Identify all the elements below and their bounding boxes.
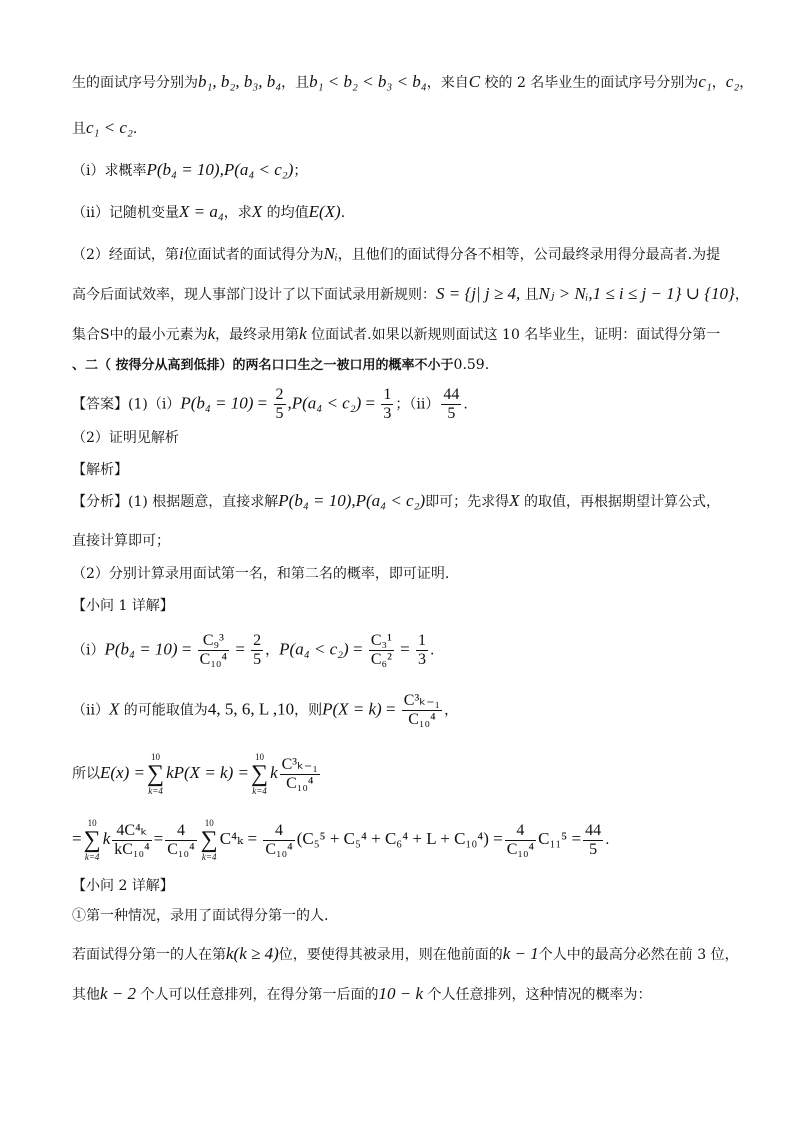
- summation: 10∑k=4: [201, 818, 218, 862]
- text-line: 【小问 2 详解】: [72, 876, 174, 896]
- text-line: 【小问 1 详解】: [72, 596, 174, 616]
- math: k − 2: [100, 984, 136, 1003]
- math: Nᵢ: [574, 284, 588, 303]
- text: 个人中的最高分必然在前 3 位，: [539, 947, 739, 963]
- math: c₁ < c₂: [86, 118, 133, 137]
- summation: 10∑k=4: [251, 752, 268, 796]
- text-line: 、二（ 按得分从高到低排）的两名口口生之一被口用的概率不小于0.59.: [72, 355, 489, 376]
- text: （ii）: [72, 703, 109, 719]
- math: P(X = k): [322, 700, 382, 719]
- text: 、二（ 按得分从高到低排）的两名口口生之一被口用的概率不小于: [72, 358, 454, 373]
- text-line: （i）求概率P(b₄ = 10),P(a₄ < c₂)；: [72, 160, 307, 181]
- text: ，且: [281, 75, 309, 91]
- fraction: 445: [583, 822, 603, 859]
- text: 个人可以任意排列，在得分第一后面的: [136, 987, 378, 1003]
- text-line: ①第一种情况，录用了面试得分第一的人.: [72, 906, 328, 926]
- text: 且: [524, 287, 538, 303]
- summation: 10∑k=4: [147, 752, 164, 796]
- math: E(X): [309, 202, 341, 221]
- text: 即可；先求得: [425, 494, 509, 510]
- text: 的取值，再根据期望计算公式，: [520, 494, 720, 510]
- text-line: 若面试得分第一的人在第k(k ≥ 4)位，要使得其被录用，则在他前面的k − 1…: [72, 944, 739, 965]
- section-label: 【小问 1 详解】: [72, 598, 174, 614]
- fraction: 4C₁₀⁴: [263, 822, 294, 859]
- math: 10 − k: [378, 984, 423, 1003]
- fraction: 13: [416, 632, 428, 669]
- math: P(b₄ = 10): [278, 491, 351, 510]
- text: 的可能取值为: [119, 703, 207, 719]
- text: （2）经面试，第: [72, 247, 179, 263]
- formula-line: （ii）X 的可能取值为4, 5, 6, L ,10，则P(X = k) = C…: [72, 692, 458, 729]
- math: b₁ < b₂ < b₃ < b₄: [309, 72, 427, 91]
- text-line: （2）分别计算录用面试第一名，和第二名的概率，即可证明.: [72, 564, 449, 584]
- math: P(a₄ < c₂): [224, 160, 294, 179]
- text-line: 【分析】(1) 根据题意，直接求解P(b₄ = 10),P(a₄ < c₂)即可…: [72, 491, 720, 512]
- math: X: [179, 202, 189, 221]
- fraction: 445: [441, 386, 461, 423]
- fraction: 25: [251, 632, 263, 669]
- text: ，来自: [427, 75, 469, 91]
- text: 其他: [72, 987, 100, 1003]
- section-label: 【解析】: [72, 462, 128, 478]
- text: ，求: [224, 205, 252, 221]
- math: b₁, b₂, b₃, b₄: [198, 72, 281, 91]
- text: 位面试者的面试得分为: [184, 247, 324, 263]
- text: （ii）记随机变量: [72, 205, 179, 221]
- section-label: 【小问 2 详解】: [72, 878, 174, 894]
- text: 且: [72, 121, 86, 137]
- text-line: 直接计算即可；: [72, 531, 170, 551]
- text: （2）分别计算录用面试第一名，和第二名的概率，即可证明.: [72, 566, 449, 582]
- text: 校的 2 名毕业生的面试序号分别为: [480, 75, 698, 91]
- text: 【分析】(1) 根据题意，直接求解: [72, 494, 278, 510]
- text: （2）证明见解析: [72, 430, 179, 446]
- text: ；（ii）: [395, 397, 439, 413]
- math: 4, 5, 6, L ,10: [208, 700, 294, 719]
- text: ①第一种情况，录用了面试得分第一的人.: [72, 908, 328, 924]
- math: P(a₄ < c₂): [279, 640, 349, 659]
- fraction: C₃¹C₆²: [369, 632, 394, 669]
- text: .: [341, 205, 345, 221]
- math: k(k ≥ 4): [226, 944, 279, 963]
- math: P(a₄ < c₂): [356, 491, 426, 510]
- math: E(x) =: [100, 763, 145, 782]
- math: k: [208, 324, 216, 343]
- text: ，则: [294, 703, 322, 719]
- formula-line: =10∑k=4k4C⁴ₖkC₁₀⁴=4C₁₀⁴10∑k=4C⁴ₖ = 4C₁₀⁴…: [72, 818, 610, 862]
- text-line: （2）经面试，第i位面试者的面试得分为Nᵢ，且他们的面试得分各不相等，公司最终录…: [72, 244, 720, 265]
- text-line: 集合S中的最小元素为k，最终录用第k 位面试者.如果以新规则面试这 10 名毕业…: [72, 324, 720, 345]
- text-line: （2）证明见解析: [72, 428, 179, 448]
- math: a₄: [209, 202, 223, 221]
- math: P(b₄ = 10): [146, 160, 219, 179]
- text: 0.59.: [454, 357, 490, 373]
- answer-line: 【答案】(1)（i）P(b₄ = 10) = 25,P(a₄ < c₂) = 1…: [72, 386, 468, 423]
- text: ，最终录用第: [215, 327, 299, 343]
- text-line: 生的面试序号分别为b₁, b₂, b₃, b₄，且b₁ < b₂ < b₃ < …: [72, 72, 753, 93]
- text: 的均值: [262, 205, 308, 221]
- math: X: [109, 700, 119, 719]
- text: .: [133, 121, 137, 137]
- text-line: 高今后面试效率，现人事部门设计了以下面试录用新规则：S = {j| j ≥ 4,…: [72, 284, 749, 305]
- math: k: [299, 324, 307, 343]
- text: ，: [712, 75, 726, 91]
- math: Nᵢ: [324, 244, 338, 263]
- text-line: 其他k − 2 个人可以任意排列，在得分第一后面的10 − k 个人任意排列，这…: [72, 984, 651, 1005]
- math: X: [252, 202, 262, 221]
- math: X: [509, 491, 519, 510]
- text: 若面试得分第一的人在第: [72, 947, 226, 963]
- math: ,1 ≤ i ≤ j − 1} ∪ {10}: [588, 284, 734, 303]
- fraction: 13: [381, 386, 393, 423]
- text: 集合S中的最小元素为: [72, 327, 208, 343]
- text: ，且他们的面试得分各不相等，公司最终录用得分最高者.为提: [338, 247, 720, 263]
- text: 生的面试序号分别为: [72, 75, 198, 91]
- math: P(b₄ = 10): [180, 394, 253, 413]
- fraction: 4C₁₀⁴: [165, 822, 196, 859]
- text: ，: [735, 287, 749, 303]
- text: ，: [739, 75, 753, 91]
- text-line: 且c₁ < c₂.: [72, 118, 137, 139]
- text: 所以: [72, 766, 100, 782]
- math: Nⱼ: [538, 284, 554, 303]
- text: （i）: [72, 643, 104, 659]
- text: 位面试者.如果以新规则面试这 10 名毕业生，证明：面试得分第一: [307, 327, 721, 343]
- text: （i）求概率: [72, 163, 146, 179]
- text-line: （ii）记随机变量X = a₄，求X 的均值E(X).: [72, 202, 345, 223]
- math: C: [469, 72, 480, 91]
- math: c₂: [726, 72, 739, 91]
- text: 直接计算即可；: [72, 533, 170, 549]
- math: c₁: [698, 72, 711, 91]
- formula-line: 所以E(x) =10∑k=4kP(X = k) =10∑k=4kC³ₖ₋₁C₁₀…: [72, 752, 322, 796]
- fraction: C³ₖ₋₁C₁₀⁴: [280, 756, 320, 793]
- fraction: C₉³C₁₀⁴: [198, 632, 229, 669]
- text: 【答案】(1)（i）: [72, 397, 180, 413]
- math: P(b₄ = 10): [104, 640, 177, 659]
- summation: 10∑k=4: [84, 818, 101, 862]
- text: 高今后面试效率，现人事部门设计了以下面试录用新规则：: [72, 287, 436, 303]
- text: 个人任意排列，这种情况的概率为：: [423, 987, 651, 1003]
- text: ；: [293, 163, 307, 179]
- math: kP(X = k) =: [166, 763, 249, 782]
- formula-line: （i）P(b₄ = 10) = C₉³C₁₀⁴ = 25，P(a₄ < c₂) …: [72, 632, 434, 669]
- math: S = {j| j ≥ 4,: [436, 284, 524, 303]
- fraction: 4C⁴ₖkC₁₀⁴: [112, 822, 151, 859]
- fraction: C³ₖ₋₁C₁₀⁴: [402, 692, 442, 729]
- math: P(a₄ < c₂): [292, 394, 362, 413]
- math: k − 1: [503, 944, 539, 963]
- text-line: 【解析】: [72, 460, 128, 480]
- text: 位，要使得其被录用，则在他前面的: [279, 947, 503, 963]
- math: >: [554, 284, 574, 303]
- fraction: 4C₁₀⁴: [505, 822, 536, 859]
- fraction: 25: [274, 386, 286, 423]
